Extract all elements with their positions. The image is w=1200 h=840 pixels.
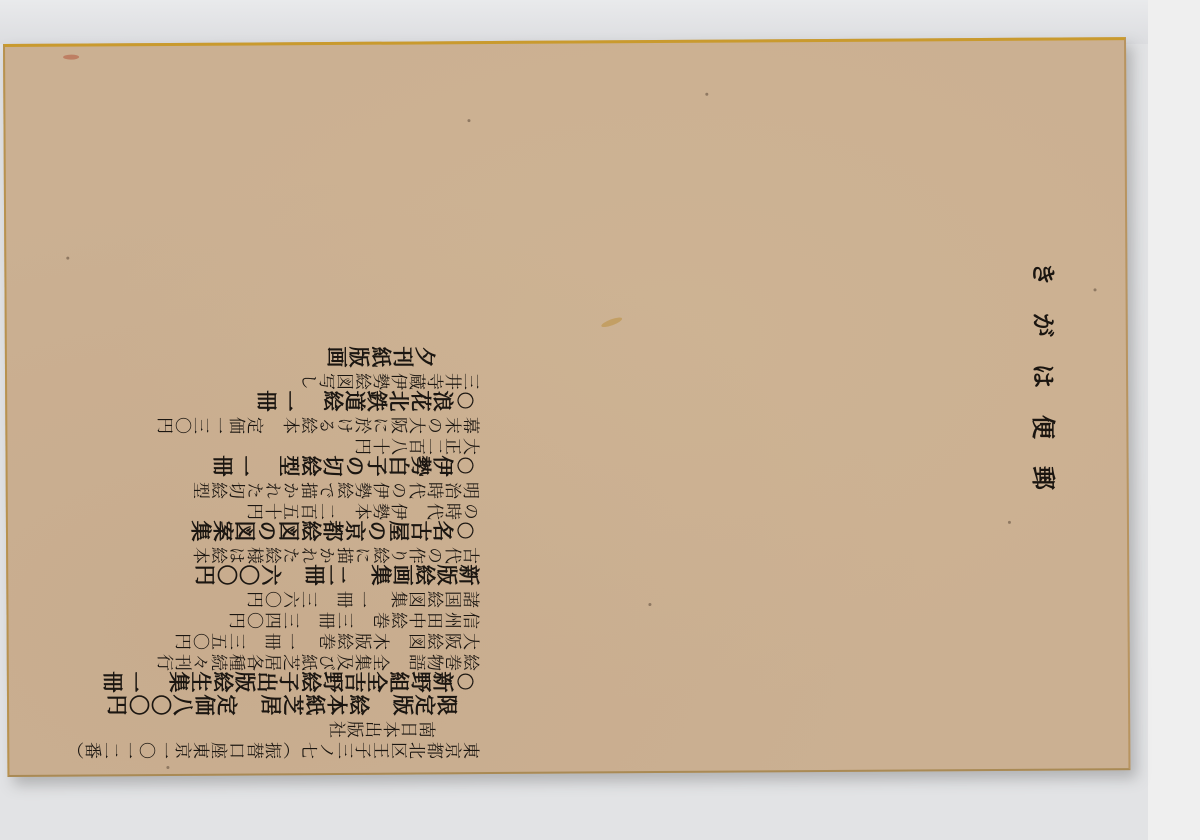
catalog-column: 三井寺蔵伊勢絵図写し <box>20 368 480 389</box>
catalog-column: ○名古屋の京都絵図の図案集 <box>20 519 480 542</box>
paper-speck <box>1008 521 1011 524</box>
paper-stain <box>600 316 623 329</box>
catalog-column: 幕末の大阪に於ける絵本 定価一三〇円 <box>20 412 480 433</box>
paper-speck <box>1094 288 1097 291</box>
catalog-column: ○伊勢白子の切絵型 一冊 <box>20 454 480 477</box>
catalog-column: 古代の作り絵に描かれた絵様は絵本 <box>20 542 480 563</box>
catalog-column: 大阪絵図 木版絵巻 一冊 三五〇円 <box>20 628 480 649</box>
catalog-column: 新版絵画集 二冊 六〇〇円 <box>20 563 480 586</box>
paper-speck <box>705 93 708 96</box>
catalog-column: 諸国絵図集 一冊 三六〇円 <box>20 586 480 607</box>
catalog-column: ○浪花北鉄道絵 一冊 <box>20 389 480 412</box>
catalog-column: 絵巻物語 全集及び紙芝居各種続々刊行 <box>20 649 480 670</box>
postcard-title: きがは便郵 <box>1028 262 1063 517</box>
scan-margin-strip <box>1148 0 1200 840</box>
catalog-column: の時代 伊勢本 二百五十円 <box>20 498 480 519</box>
paper-speck <box>166 766 169 769</box>
catalog-column: 限定版 絵本紙芝居 定価八〇〇円 <box>20 693 480 716</box>
catalog-column: ○新野組全吉野絵子出版絵生集 一冊 <box>20 670 480 693</box>
catalog-column: 大正二百八十円 <box>20 433 480 454</box>
paper-speck <box>648 603 651 606</box>
catalog-column: 東京都北区王子三ノ七（振替口座東京一〇一二番） <box>20 737 480 758</box>
catalog-column: 夕刊紙版画 <box>20 345 480 368</box>
book-catalog-text: 東京都北区王子三ノ七（振替口座東京一〇一二番） 南日本出版社 限定版 絵本紙芝居… <box>20 58 480 758</box>
catalog-column: 南日本出版社 <box>20 716 480 737</box>
catalog-column: 明治時代の伊勢絵で描かれた切絵型 <box>20 477 480 498</box>
catalog-column: 信州田中絵巻 三冊 三四〇円 <box>20 607 480 628</box>
